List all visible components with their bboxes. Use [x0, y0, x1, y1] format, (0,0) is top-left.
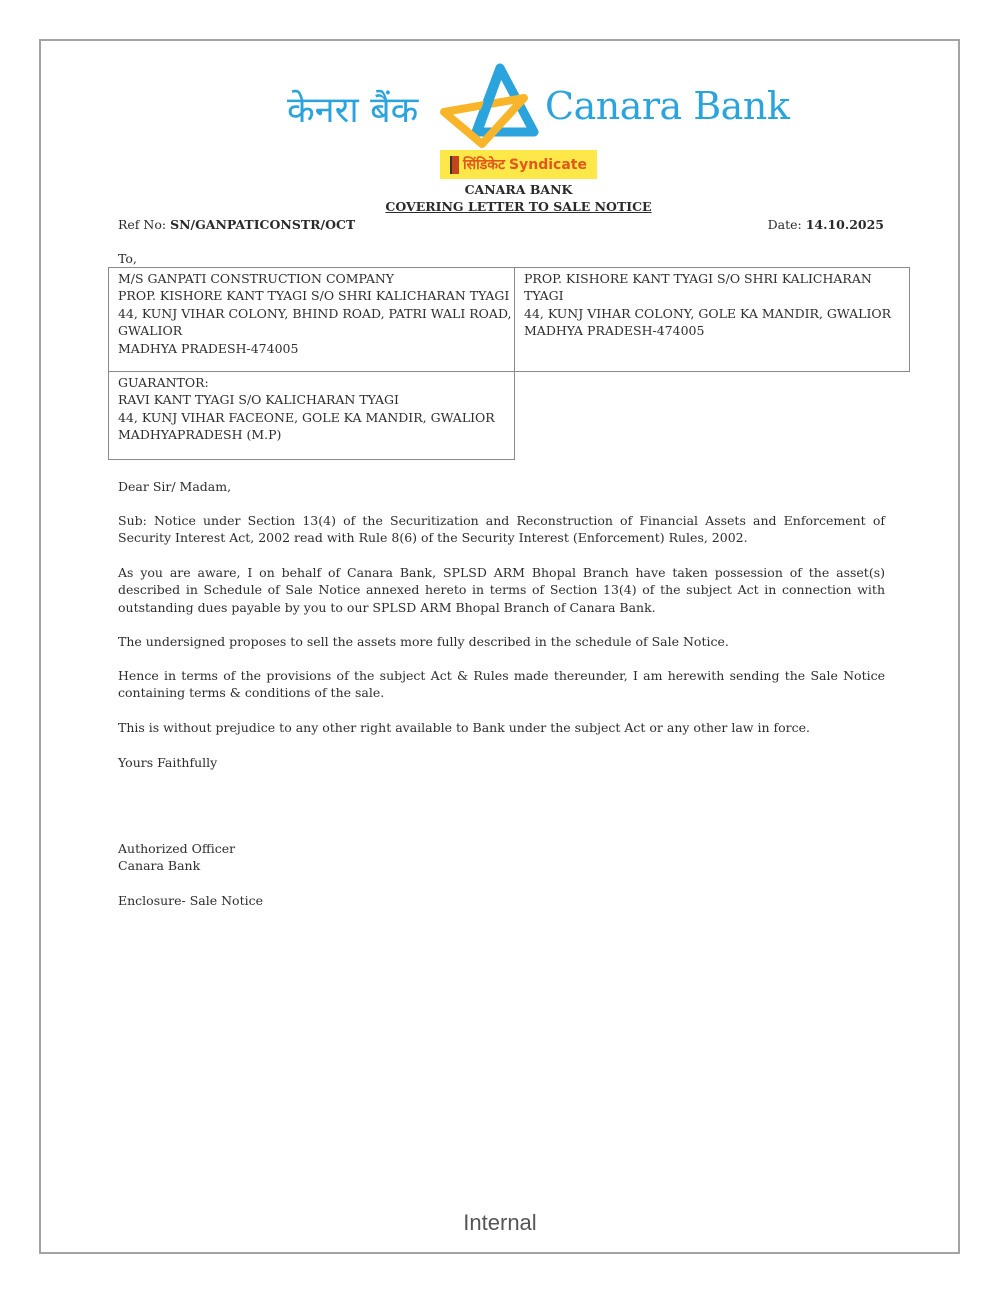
proprietor-address-cell: PROP. KISHORE KANT TYAGI S/O SHRI KALICH… — [514, 267, 910, 372]
address-line: RAVI KANT TYAGI S/O KALICHARAN TYAGI — [118, 391, 505, 408]
syndicate-name-english: Syndicate — [509, 157, 587, 173]
syndicate-name-hindi: सिंडिकेट — [463, 155, 505, 174]
paragraph-prejudice: This is without prejudice to any other r… — [118, 719, 885, 736]
bank-name-hindi: केनरा बैंक — [287, 84, 418, 133]
letter-date: Date: 14.10.2025 — [768, 217, 884, 232]
guarantor-label: GUARANTOR: — [118, 374, 505, 391]
address-line: 44, KUNJ VIHAR COLONY, BHIND ROAD, PATRI… — [118, 305, 505, 322]
address-line: PROP. KISHORE KANT TYAGI S/O SHRI KALICH… — [524, 270, 900, 287]
guarantor-address-cell: GUARANTOR: RAVI KANT TYAGI S/O KALICHARA… — [108, 371, 515, 460]
address-line: PROP. KISHORE KANT TYAGI S/O SHRI KALICH… — [118, 287, 505, 304]
borrower-address-cell: M/S GANPATI CONSTRUCTION COMPANY PROP. K… — [108, 267, 515, 372]
paragraph-possession: As you are aware, I on behalf of Canara … — [118, 564, 885, 616]
document-title: COVERING LETTER TO SALE NOTICE — [0, 199, 1000, 214]
enclosure-note: Enclosure- Sale Notice — [118, 892, 885, 909]
canara-logo-icon — [436, 62, 540, 148]
salutation: Dear Sir/ Madam, — [118, 478, 885, 495]
paragraph-sale-notice: Hence in terms of the provisions of the … — [118, 667, 885, 702]
date-label: Date: — [768, 217, 802, 232]
subject-line: Sub: Notice under Section 13(4) of the S… — [118, 512, 885, 547]
ref-label: Ref No: — [118, 217, 166, 232]
address-line: 44, KUNJ VIHAR FACEONE, GOLE KA MANDIR, … — [118, 409, 505, 426]
address-line: 44, KUNJ VIHAR COLONY, GOLE KA MANDIR, G… — [524, 305, 900, 322]
signatory-organization: Canara Bank — [118, 857, 885, 874]
bank-name-english: Canara Bank — [545, 84, 789, 128]
address-line: MADHYA PRADESH-474005 — [118, 340, 505, 357]
syndicate-flag-icon — [450, 156, 459, 174]
address-line: M/S GANPATI CONSTRUCTION COMPANY — [118, 270, 505, 287]
address-line: GWALIOR — [118, 322, 505, 339]
signatory-title: Authorized Officer — [118, 840, 885, 857]
document-heading: CANARA BANK — [0, 182, 1000, 197]
ref-value: SN/GANPATICONSTR/OCT — [170, 217, 355, 232]
to-label: To, — [118, 251, 137, 266]
address-line: MADHYAPRADESH (M.P) — [118, 426, 505, 443]
date-value: 14.10.2025 — [806, 217, 884, 232]
syndicate-logo: सिंडिकेट Syndicate — [440, 150, 597, 179]
signature-block: Authorized Officer Canara Bank — [118, 840, 885, 875]
classification-label: Internal — [0, 1210, 1000, 1236]
paragraph-proposal: The undersigned proposes to sell the ass… — [118, 633, 885, 650]
address-line: TYAGI — [524, 287, 900, 304]
reference-number: Ref No: SN/GANPATICONSTR/OCT — [118, 217, 355, 232]
address-line: MADHYA PRADESH-474005 — [524, 322, 900, 339]
closing: Yours Faithfully — [118, 754, 885, 771]
